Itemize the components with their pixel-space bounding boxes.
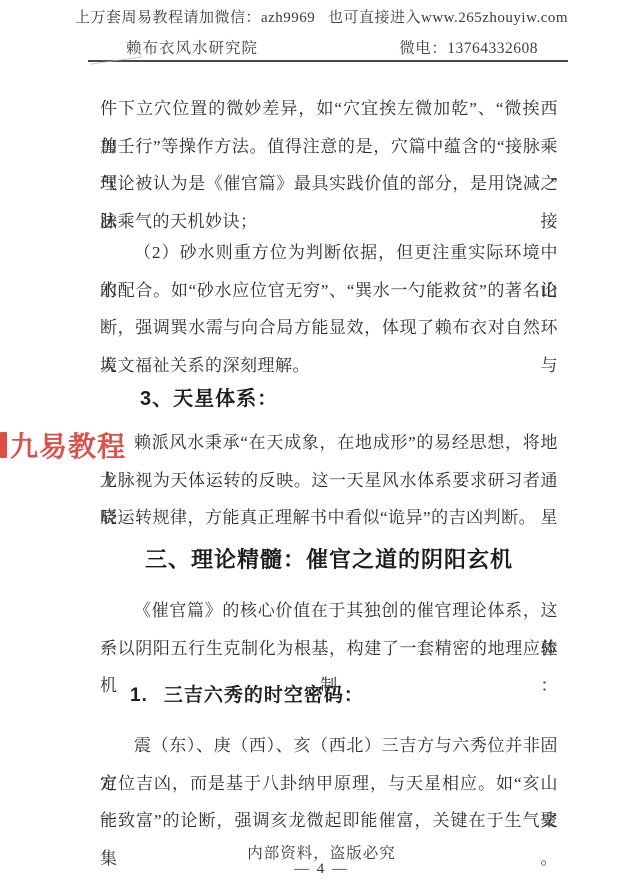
header-bar: 赖布衣风水研究院 微电：13764332608 [88, 36, 568, 62]
paragraph-line: 断，强调巽水需与向合局方能显效，体现了赖布衣对自然环境与 [100, 309, 558, 347]
paragraph-line: 水配合。如“砂水应位官无穷”、“巽水一勺能救贫”的著名论 [100, 272, 558, 310]
subheading-title: 三吉六秀的时空密码： [164, 685, 364, 706]
paragraph-line: 龙脉视为天体运转的反映。这一天星风水体系要求研习者通晓星 [100, 462, 558, 500]
section-heading: 三、理论精髓：催官之道的阴阳玄机 [100, 543, 513, 574]
paragraph-1: 件下立穴位置的微妙差异，如“穴宜挨左微加乾”、“微挨西兽 加壬行”等操作方法。值… [100, 90, 558, 240]
footer-page-number: — 4 — [0, 861, 643, 878]
header-promo-text: 上万套周易教程请加微信：azh9969 也可直接进入www.265zhouyiw… [0, 6, 643, 27]
paragraph-line: 方位吉凶，而是基于八卦纳甲原理，与天星相应。如“亥山一丈 [100, 765, 558, 803]
header-contact: 微电：13764332608 [399, 36, 568, 58]
paragraph-line: 系以阴阳五行生克制化为根基，构建了一套精密的地理应验机制： [100, 630, 558, 668]
paragraph-line: 《催官篇》的核心价值在于其独创的催官理论体系，这一体 [100, 592, 558, 630]
paragraph-line: 赖派风水秉承“在天成象，在地成形”的易经思想，将地上 [100, 424, 558, 462]
paragraph-2: （2）砂水则重方位为判断依据，但更注重实际环境中的山 水配合。如“砂水应位官无穷… [100, 234, 558, 384]
paragraph-line: 震（东）、庚（西）、亥（西北）三吉方与六秀位并非固定 [100, 727, 558, 765]
heading-tianxing: 3、天星体系： [100, 382, 278, 411]
footer-notice: 内部资料，盗版必究 [0, 841, 643, 863]
document-page: 上万套周易教程请加微信：azh9969 也可直接进入www.265zhouyiw… [0, 0, 643, 895]
paragraph-line: 辰运转规律，方能真正理解书中看似“诡异”的吉凶判断。 [100, 499, 558, 537]
subheading-sanji: 1.三吉六秀的时空密码： [100, 680, 364, 707]
paragraph-line: 加壬行”等操作方法。值得注意的是，穴篇中蕴含的“接脉乘气” [100, 128, 558, 166]
header-organization: 赖布衣风水研究院 [88, 36, 258, 58]
paragraph-5: 震（东）、庚（西）、亥（西北）三吉方与六秀位并非固定 方位吉凶，而是基于八卦纳甲… [100, 727, 558, 840]
paragraph-line: 件下立穴位置的微妙差异，如“穴宜挨左微加乾”、“微挨西兽 [100, 90, 558, 128]
subheading-number: 1. [130, 685, 148, 706]
paragraph-4: 《催官篇》的核心价值在于其独创的催官理论体系，这一体 系以阴阳五行生克制化为根基… [100, 592, 558, 667]
paragraph-line: 理论被认为是《催官篇》最具实践价值的部分，是用饶减之法接 [100, 165, 558, 203]
paragraph-3: 赖派风水秉承“在天成象，在地成形”的易经思想，将地上 龙脉视为天体运转的反映。这… [100, 424, 558, 537]
paragraph-line: 能致富”的论断，强调亥龙微起即能催富，关键在于生气聚集。 [100, 802, 558, 840]
watermark-stub-mark [0, 432, 7, 458]
paragraph-line: （2）砂水则重方位为判断依据，但更注重实际环境中的山 [100, 234, 558, 272]
